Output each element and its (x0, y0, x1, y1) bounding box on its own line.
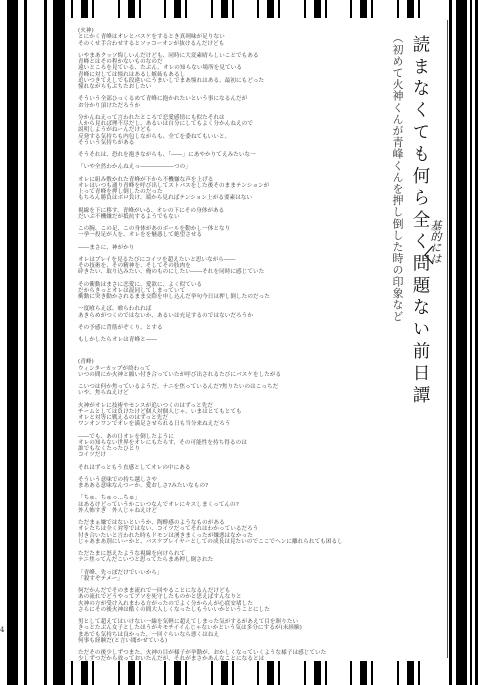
paragraph: ウィンターカップが終わっていつの間にか火神と願い付き合っていたが呼び出されるたび… (78, 366, 378, 379)
paragraph: その衝動はまさに恋愛に、愛欲に、よく似ているだからきっとオレは混同してしまってい… (78, 282, 378, 301)
barcode-bar (174, 0, 181, 18)
text-line: そういう気持ちがある (78, 140, 378, 146)
paragraph: 分かんねえって言われたところで恋愛感情にも似たそれは人から見れば理不尽だし、ある… (78, 115, 378, 146)
paragraph: ただたまに怒えたような視線を向けられてナニ焦ってんだこいつと思ってたらまあ押し倒… (78, 551, 378, 564)
text-line: 衝動に突き動かされるまま交際を申し込んだ挙句今日は押し倒したのだった (78, 294, 378, 300)
caret-mark-icon (423, 245, 435, 265)
text-line: ナニ焦ってんだこいつと思ってたらまあ押し倒された (78, 557, 378, 563)
paragraph: 「青峰、先っぽだけでいいから」「殺すぞテメー」 (78, 570, 378, 583)
barcode-bar (211, 0, 213, 18)
paragraph: そうそれは、恐れを抱きながらも、「――」にあやかりてえみたいな一 (78, 152, 378, 158)
paragraph: この腕、この足、この身体があのボールを動かし一体となり一挙一投足が人を、オレをを… (78, 226, 378, 239)
barcode-bar (304, 0, 306, 18)
text-line: 何事も経験だ(と言い聞かせている) (78, 638, 378, 644)
barcode-bar (267, 0, 274, 18)
paragraph: もしかしたらオレは青峰と―― (78, 337, 378, 343)
paragraph: それはずっともう直感としてオレの中にある (78, 465, 378, 471)
barcode-bar (397, 0, 399, 18)
paragraph: 視線を下に移す、青峰がいる、オレの下にその身体があるだいぶ不機嫌だが抵抗するよう… (78, 208, 378, 221)
text-line: 砕きたい、取り込みたい、俺のものにしたい――それを同時に感じていた (78, 269, 378, 275)
barcode-bar (221, 0, 228, 18)
paragraph: ――まさに、神がかり (78, 245, 378, 251)
text-line: ワンオンワンでオレを満足させられる日も当分来ねえだろう (78, 421, 378, 427)
text-line: いつの間にか火神と願い付き合っていたが呼び出されるたびにバスケをしたがる (78, 372, 378, 378)
barcode-bar (371, 0, 373, 18)
text-line: お分かり頂けただろうか (78, 103, 378, 109)
barcode-bar (232, 0, 234, 18)
text-line: 一挙一投足が人を、オレをを魅惑して絶望させる (78, 232, 378, 238)
story-text: (火神)とにかく青峰はオレとバスケをするとき真剣味が足りないそのくせ手合わせする… (78, 28, 378, 669)
left-stripe-4 (53, 0, 65, 685)
left-stripe-1 (7, 0, 18, 685)
text-line: 憧れながらもぶちたおしたい (78, 84, 378, 90)
text-line: あきらめがつくのではないか、あるいは充足するのではないだろうか (78, 313, 378, 319)
text-line: 外人怖すぎ 外人じゃねえけど (78, 508, 378, 514)
text-line: もちろん勝負はボロ負け、端から見ればテンション上がる要素はない (78, 195, 378, 201)
barcode-bar (164, 0, 166, 18)
text-line: もしかしたらオレは青峰と―― (78, 337, 378, 343)
section-gap (78, 349, 378, 359)
paragraph: 火神がオレに技術やセンスが追いつくのはずっと先だチームとしては負けたけど個人対個… (78, 403, 378, 428)
text-line: コイツだけ (78, 452, 378, 458)
text-line: その予感に背筋がぞくり、とする (78, 325, 378, 331)
barcode-bar (325, 0, 327, 18)
barcode-bar (418, 0, 420, 18)
paragraph: 「ちゅ、ちゅっ…ちゅ」はあるけどっていうかこいつなんでオレにキスしまくってんの?… (78, 495, 378, 514)
barcode-bar (314, 0, 321, 18)
barcode-bar (118, 0, 120, 18)
page-number: 4 (0, 626, 4, 634)
barcode-bar (128, 0, 135, 18)
text-line: ――まさに、神がかり (78, 245, 378, 251)
barcode-bar (407, 0, 414, 18)
paragraph: いやまあクッソ悔しいんだけども、同時に大変素晴らしいことでもある青峰とはその程か… (78, 53, 378, 91)
text-line: じゃあまあ別にいーかと、バスケプレイヤーとしての成長は見たいのでここでヘンに離れ… (78, 539, 378, 545)
paragraph: オレに組み敷かれた青峰が下から不機嫌な声を上げるオレはいつも通り青峰を呼び出して… (78, 177, 378, 202)
paragraph: 一度喰らえば、喰らわれればあきらめがつくのではないか、あるいは充足するのではない… (78, 306, 378, 319)
barcode-bar (257, 0, 259, 18)
paragraph: 「いや全然わかんねえっ――――――つの」 (78, 164, 378, 170)
left-stripe-2 (24, 0, 27, 685)
barcode-bar (278, 0, 280, 18)
barcode-bar (407, 661, 414, 685)
paragraph: そういう全部ひっくるめて青峰に抱かれたいという事になるんだがお分かり頂けただろう… (78, 96, 378, 109)
text-line: そうそれは、恐れを抱きながらも、「――」にあやかりてえみたいな一 (78, 152, 378, 158)
chapter-subtitle: （初めて火神くんが青峰くんを押し倒した時の印象など (389, 32, 405, 322)
left-stripe-3 (44, 0, 47, 685)
barcode-bar (81, 0, 88, 18)
paragraph: とにかく青峰はオレとバスケをするとき真剣味が足りないそのくせ手合わせするとソッコ… (78, 34, 378, 47)
text-line: 「殺すぞテメー」 (78, 576, 378, 582)
paragraph: その予感に背筋がぞくり、とする (78, 325, 378, 331)
barcode-bar (139, 0, 141, 18)
right-stripe-4 (475, 0, 478, 685)
text-line: そのくせ手合わせするとソッコーオンが抜けるんだけども (78, 41, 378, 47)
barcode-bar (71, 0, 73, 18)
barcode-bar (185, 0, 187, 18)
barcode-bar (92, 0, 94, 18)
right-stripe-1 (449, 0, 452, 685)
text-line: だいぶ不機嫌だが抵抗するようでもない (78, 214, 378, 220)
barcode-bar (71, 661, 73, 685)
text-line: さらにその後火神は酷くの間大人しくなったしもういいかということにした (78, 607, 378, 613)
paragraph: オレはプレイを見るたびにコイツを超えたいと思いながら――その技術を、その精神を、… (78, 257, 378, 276)
paragraph: ただその後少しずつまた、火神の目が様子が挙動が、おかしくなっていくような様子は感… (78, 650, 378, 663)
right-stripe-3 (470, 0, 472, 685)
text-line: 少しずつだから放っておいたんだが、それがまさかあんなことになるとは (78, 656, 378, 662)
barcode-bar (360, 0, 367, 18)
paragraph: ただまぁ嫌ではないというか、陶酔感のようなものがあるオレたちは全く対等ではない、… (78, 520, 378, 545)
paragraph: こいつは何か焦っているようだ、ナニを焦っているんだ?焦りたいのはこっちだいや、焦… (78, 384, 378, 397)
paragraph: ――でも、あの日オレを倒したようにオレの知らない世界をオレにもたらす、その可能性… (78, 434, 378, 459)
text-line: まあある意味なんつーか、愛おしさ?みたいなもの? (78, 483, 378, 489)
text-line: 「いや全然わかんねえっ――――――つの」 (78, 164, 378, 170)
text-line: いや、焦らねえけど (78, 390, 378, 396)
right-stripe-2 (456, 0, 467, 685)
paragraph: 何だかんだでそのまま流れで一回やることになるんだけどもあの流れでどうやってアソを… (78, 588, 378, 613)
barcode-bar (418, 661, 420, 685)
paragraph: 男として超えてはいけない一線を気軽に超えてしまった気がするがあえて目を瞑りたいき… (78, 619, 378, 644)
barcode-bar (397, 661, 399, 685)
text-line: それはずっともう直感としてオレの中にある (78, 465, 378, 471)
barcode-bar (350, 0, 352, 18)
paragraph: そういう意味での持ち越しさやまあある意味なんつーか、愛おしさ?みたいなもの? (78, 477, 378, 490)
